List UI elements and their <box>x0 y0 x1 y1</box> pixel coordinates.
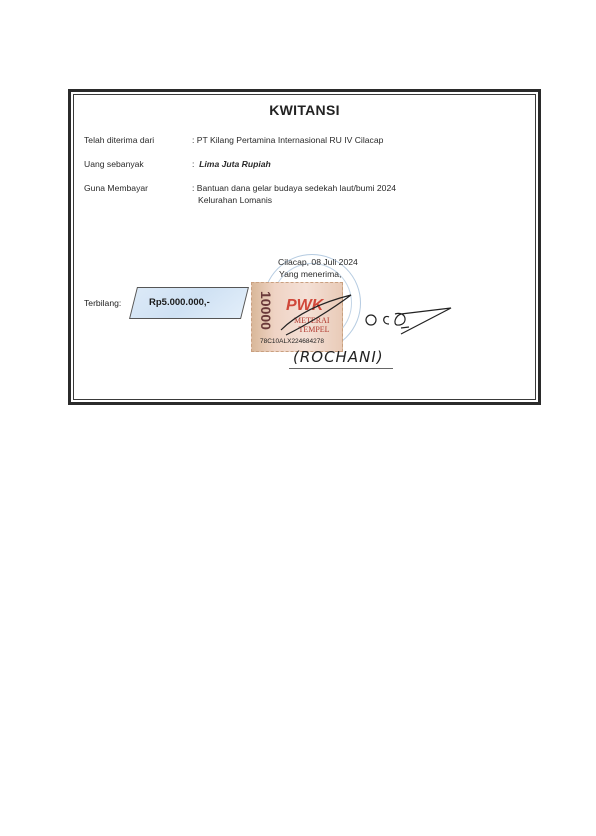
amount-words: Lima Juta Rupiah <box>199 159 271 169</box>
terbilang-label: Terbilang: <box>84 298 121 308</box>
signature-icon <box>261 290 461 350</box>
receiver-label: Yang menerima, <box>279 269 341 279</box>
receipt-frame: KWITANSI Telah diterima dari : PT Kilang… <box>68 89 541 405</box>
signature-underline <box>289 368 393 369</box>
field-value: : Bantuan dana gelar budaya sedekah laut… <box>192 183 396 193</box>
field-label: Guna Membayar <box>84 183 184 193</box>
colon: : <box>192 159 194 169</box>
receipt-title: KWITANSI <box>71 102 538 118</box>
field-value: : Lima Juta Rupiah <box>192 159 271 169</box>
amount-value: Rp5.000.000,- <box>149 297 210 308</box>
field-value: : PT Kilang Pertamina Internasional RU I… <box>192 135 383 145</box>
field-label: Uang sebanyak <box>84 159 184 169</box>
place-date: Cilacap, 08 Juli 2024 <box>278 257 358 267</box>
field-label: Telah diterima dari <box>84 135 184 145</box>
field-value-line2: Kelurahan Lomanis <box>198 195 272 205</box>
signer-name: (ROCHANI) <box>293 348 384 366</box>
